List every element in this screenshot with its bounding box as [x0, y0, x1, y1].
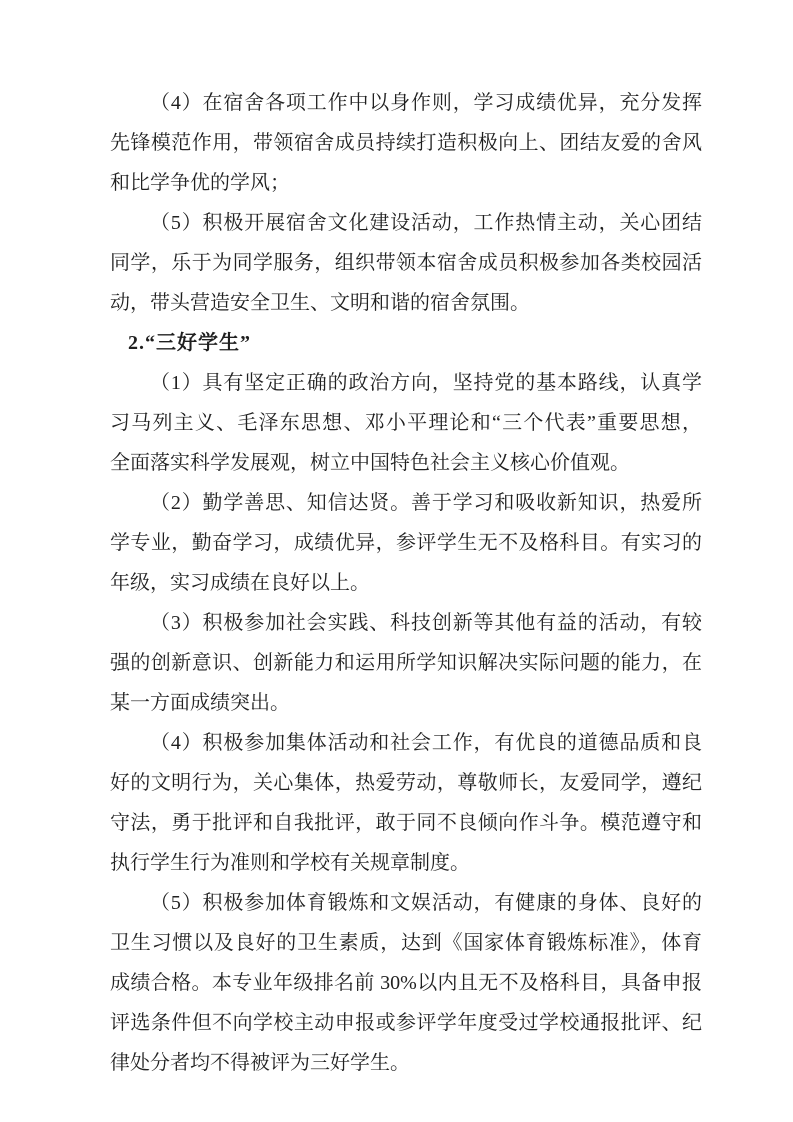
text-line: （4）在宿舍各项工作中以身作则，学习成绩优异，充分发挥	[110, 83, 702, 123]
body-paragraph: （5）积极参加体育锻炼和文娱活动，有健康的身体、良好的卫生习惯以及良好的卫生素质…	[110, 883, 702, 1083]
text-line: 守法，勇于批评和自我批评，敢于同不良倾向作斗争。模范遵守和	[110, 803, 702, 843]
text-line: 执行学生行为准则和学校有关规章制度。	[110, 843, 702, 883]
text-line: 和比学争优的学风；	[110, 163, 702, 203]
text-line: 同学，乐于为同学服务，组织带领本宿舍成员积极参加各类校园活	[110, 243, 702, 283]
text-line: 律处分者均不得被评为三好学生。	[110, 1043, 702, 1083]
text-line: （1）具有坚定正确的政治方向，坚持党的基本路线，认真学	[110, 363, 702, 403]
document-body: （4）在宿舍各项工作中以身作则，学习成绩优异，充分发挥先锋模范作用，带领宿舍成员…	[110, 83, 702, 1083]
text-line: 某一方面成绩突出。	[110, 683, 702, 723]
body-paragraph: （4）积极参加集体活动和社会工作，有优良的道德品质和良好的文明行为，关心集体，热…	[110, 723, 702, 883]
text-line: 强的创新意识、创新能力和运用所学知识解决实际问题的能力，在	[110, 643, 702, 683]
body-paragraph: （2）勤学善思、知信达贤。善于学习和吸收新知识，热爱所学专业，勤奋学习，成绩优异…	[110, 483, 702, 603]
heading-text-line: 2.“三好学生”	[110, 323, 702, 363]
text-line: 学专业，勤奋学习，成绩优异，参评学生无不及格科目。有实习的	[110, 523, 702, 563]
body-paragraph: （5）积极开展宿舍文化建设活动，工作热情主动，关心团结同学，乐于为同学服务，组织…	[110, 203, 702, 323]
text-line: 动，带头营造安全卫生、文明和谐的宿舍氛围。	[110, 283, 702, 323]
text-line: （2）勤学善思、知信达贤。善于学习和吸收新知识，热爱所	[110, 483, 702, 523]
body-paragraph: （4）在宿舍各项工作中以身作则，学习成绩优异，充分发挥先锋模范作用，带领宿舍成员…	[110, 83, 702, 203]
text-line: 评选条件但不向学校主动申报或参评学年度受过学校通报批评、纪	[110, 1003, 702, 1043]
text-line: 年级，实习成绩在良好以上。	[110, 563, 702, 603]
document-page: （4）在宿舍各项工作中以身作则，学习成绩优异，充分发挥先锋模范作用，带领宿舍成员…	[0, 0, 793, 1122]
text-line: （5）积极参加体育锻炼和文娱活动，有健康的身体、良好的	[110, 883, 702, 923]
section-heading: 2.“三好学生”	[110, 323, 702, 363]
text-line: （5）积极开展宿舍文化建设活动，工作热情主动，关心团结	[110, 203, 702, 243]
text-line: 卫生习惯以及良好的卫生素质，达到《国家体育锻炼标准》，体育	[110, 923, 702, 963]
text-line: （4）积极参加集体活动和社会工作，有优良的道德品质和良	[110, 723, 702, 763]
body-paragraph: （1）具有坚定正确的政治方向，坚持党的基本路线，认真学习马列主义、毛泽东思想、邓…	[110, 363, 702, 483]
body-paragraph: （3）积极参加社会实践、科技创新等其他有益的活动，有较强的创新意识、创新能力和运…	[110, 603, 702, 723]
text-line: 全面落实科学发展观，树立中国特色社会主义核心价值观。	[110, 443, 702, 483]
text-line: 好的文明行为，关心集体，热爱劳动，尊敬师长，友爱同学，遵纪	[110, 763, 702, 803]
text-line: 习马列主义、毛泽东思想、邓小平理论和“三个代表”重要思想，	[110, 403, 702, 443]
text-line: （3）积极参加社会实践、科技创新等其他有益的活动，有较	[110, 603, 702, 643]
text-line: 先锋模范作用，带领宿舍成员持续打造积极向上、团结友爱的舍风	[110, 123, 702, 163]
text-line: 成绩合格。本专业年级排名前 30%以内且无不及格科目，具备申报	[110, 963, 702, 1003]
